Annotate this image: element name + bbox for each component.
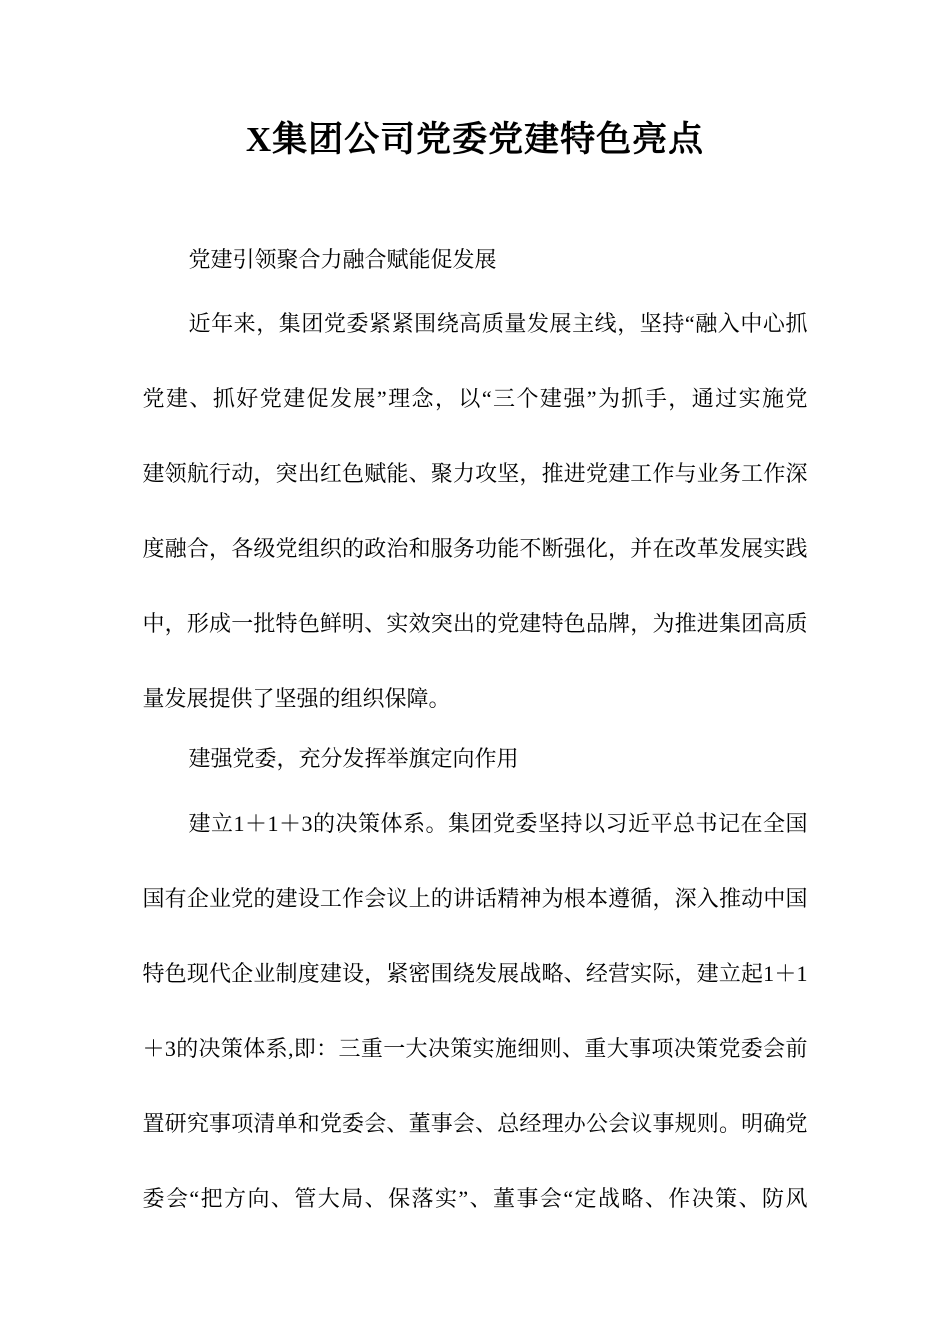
paragraph-2-line-2: 国有企业党的建设工作会议上的讲话精神为根本遵循，深入推动中国 (143, 861, 808, 936)
document-title: X集团公司党委党建特色亮点 (0, 112, 950, 168)
paragraph-1-line-4: 度融合，各级党组织的政治和服务功能不断强化，并在改革发展实践 (143, 511, 808, 586)
paragraph-2-line-6: 委会“把方向、管大局、保落实”、董事会“定战略、作决策、防风 (143, 1161, 808, 1236)
paragraph-1-line-2: 党建、抓好党建促发展”理念，以“三个建强”为抓手，通过实施党 (143, 361, 808, 436)
paragraph-1-line-3: 建领航行动，突出红色赋能、聚力攻坚，推进党建工作与业务工作深 (143, 436, 808, 511)
paragraph-2-line-4: ＋3的决策体系,即：三重一大决策实施细则、重大事项决策党委会前 (143, 1011, 808, 1086)
document-body: 党建引领聚合力融合赋能促发展 近年来，集团党委紧紧围绕高质量发展主线，坚持“融入… (143, 222, 808, 1236)
section-heading: 建强党委，充分发挥举旗定向作用 (143, 721, 808, 796)
paragraph-1-line-1: 近年来，集团党委紧紧围绕高质量发展主线，坚持“融入中心抓 (143, 286, 808, 361)
paragraph-1-line-5: 中，形成一批特色鲜明、实效突出的党建特色品牌，为推进集团高质 (143, 586, 808, 661)
paragraph-2-line-1: 建立1＋1＋3的决策体系。集团党委坚持以习近平总书记在全国 (143, 786, 808, 861)
paragraph-2-line-5: 置研究事项清单和党委会、董事会、总经理办公会议事规则。明确党 (143, 1086, 808, 1161)
document-page: X集团公司党委党建特色亮点 党建引领聚合力融合赋能促发展 近年来，集团党委紧紧围… (0, 0, 950, 1344)
paragraph-2-line-3: 特色现代企业制度建设，紧密围绕发展战略、经营实际，建立起1＋1 (143, 936, 808, 1011)
